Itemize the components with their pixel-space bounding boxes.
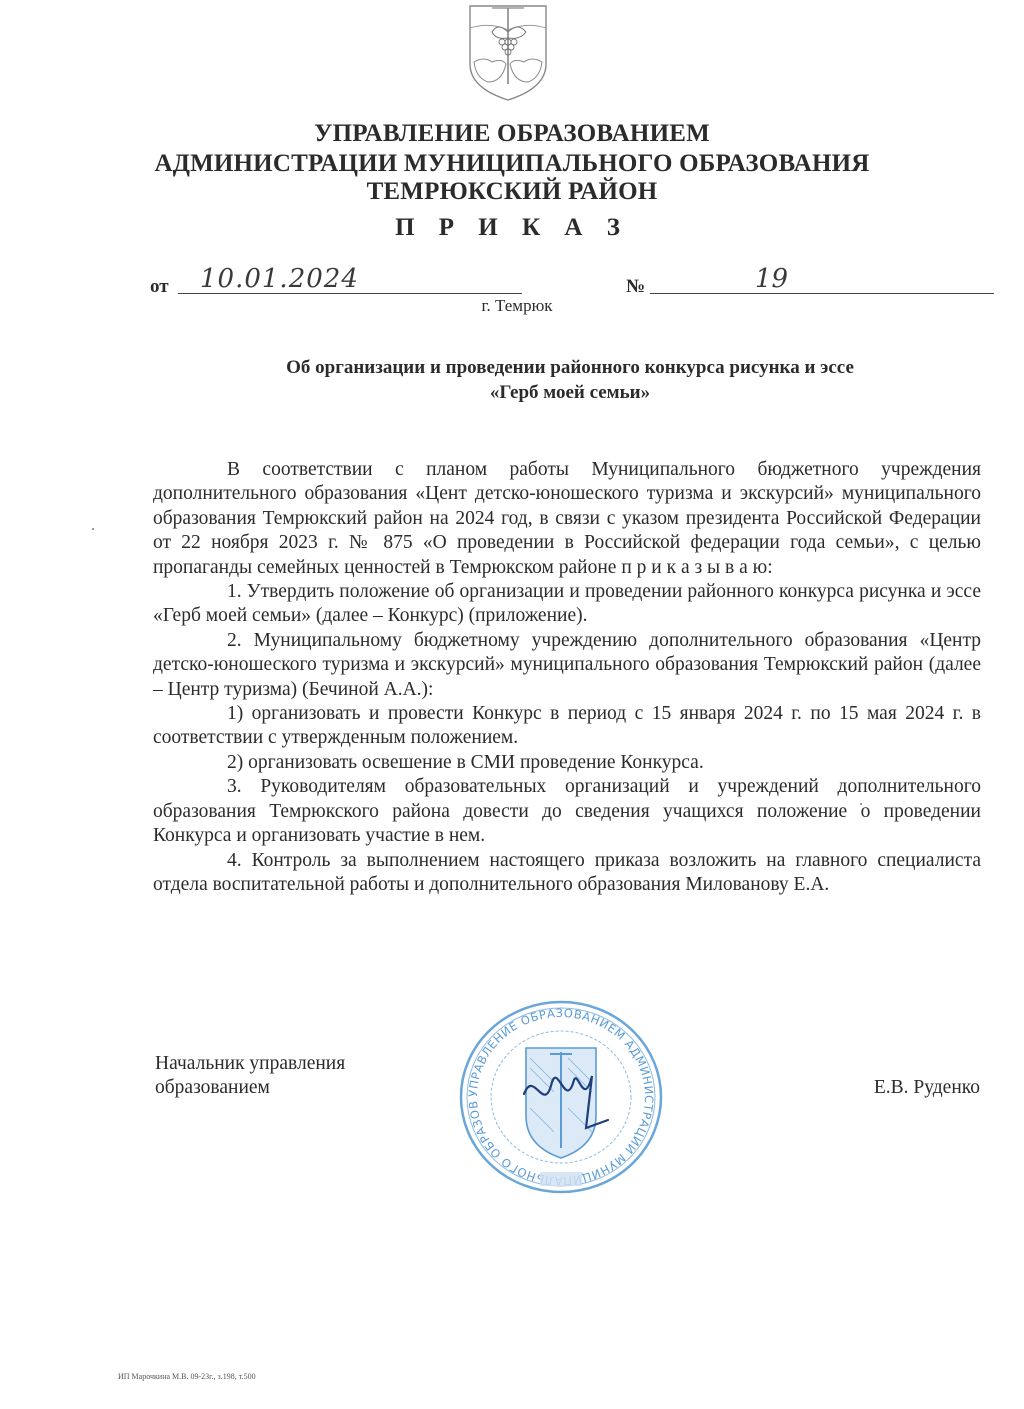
scan-artifact bbox=[176, 820, 178, 822]
number-label: № bbox=[626, 276, 645, 298]
order-verb: п р и к а з ы в а ю: bbox=[621, 557, 772, 578]
subject-line: «Герб моей семьи» bbox=[150, 380, 990, 405]
order-item: 3. Руководителям образовательных организ… bbox=[153, 775, 981, 848]
signatory-name: Е.В. Руденко bbox=[874, 1076, 980, 1100]
signatory-title: Начальник управления образованием bbox=[155, 1052, 345, 1100]
handwritten-order-number: 19 bbox=[650, 264, 994, 294]
preamble-text: В соответствии с планом работы Муниципал… bbox=[153, 459, 981, 578]
order-item: 1. Утвердить положение об организации и … bbox=[153, 580, 981, 629]
scan-artifact bbox=[860, 803, 862, 805]
order-subject: Об организации и проведении районного ко… bbox=[150, 355, 990, 405]
preamble-paragraph: В соответствии с планом работы Муниципал… bbox=[153, 458, 981, 580]
order-item: 2) организовать освешение в СМИ проведен… bbox=[153, 751, 981, 775]
printer-footer-note: ИП Марочкина М.В. 09-23г., з.198, т.500 bbox=[118, 1372, 256, 1381]
order-item: 1) организовать и провести Конкурс в пер… bbox=[153, 702, 981, 751]
date-label: от bbox=[150, 276, 169, 298]
order-item: 4. Контроль за выполнением настоящего пр… bbox=[153, 849, 981, 898]
coat-of-arms-icon bbox=[462, 2, 554, 102]
scan-artifact bbox=[92, 528, 94, 530]
official-seal-icon: УПРАВЛЕНИЕ ОБРАЗОВАНИЕМ АДМИНИСТРАЦИИ МУ… bbox=[458, 998, 664, 1196]
order-item: 2. Муниципальному бюджетному учреждению … bbox=[153, 629, 981, 702]
order-meta-row: от 10.01.2024 № 19 bbox=[150, 268, 850, 298]
document-title: П Р И К А З bbox=[0, 214, 1024, 242]
order-body: В соответствии с планом работы Муниципал… bbox=[153, 458, 981, 897]
city-label: г. Темрюк bbox=[0, 296, 1024, 316]
org-name-line: ТЕМРЮКСКИЙ РАЙОН bbox=[0, 178, 1024, 206]
subject-line: Об организации и проведении районного ко… bbox=[150, 355, 990, 380]
handwritten-date: 10.01.2024 bbox=[178, 264, 522, 294]
org-name-line: АДМИНИСТРАЦИИ МУНИЦИПАЛЬНОГО ОБРАЗОВАНИЯ bbox=[0, 150, 1024, 178]
org-name-line: УПРАВЛЕНИЕ ОБРАЗОВАНИЕМ bbox=[0, 120, 1024, 148]
document-page: УПРАВЛЕНИЕ ОБРАЗОВАНИЕМ АДМИНИСТРАЦИИ МУ… bbox=[0, 0, 1024, 1409]
